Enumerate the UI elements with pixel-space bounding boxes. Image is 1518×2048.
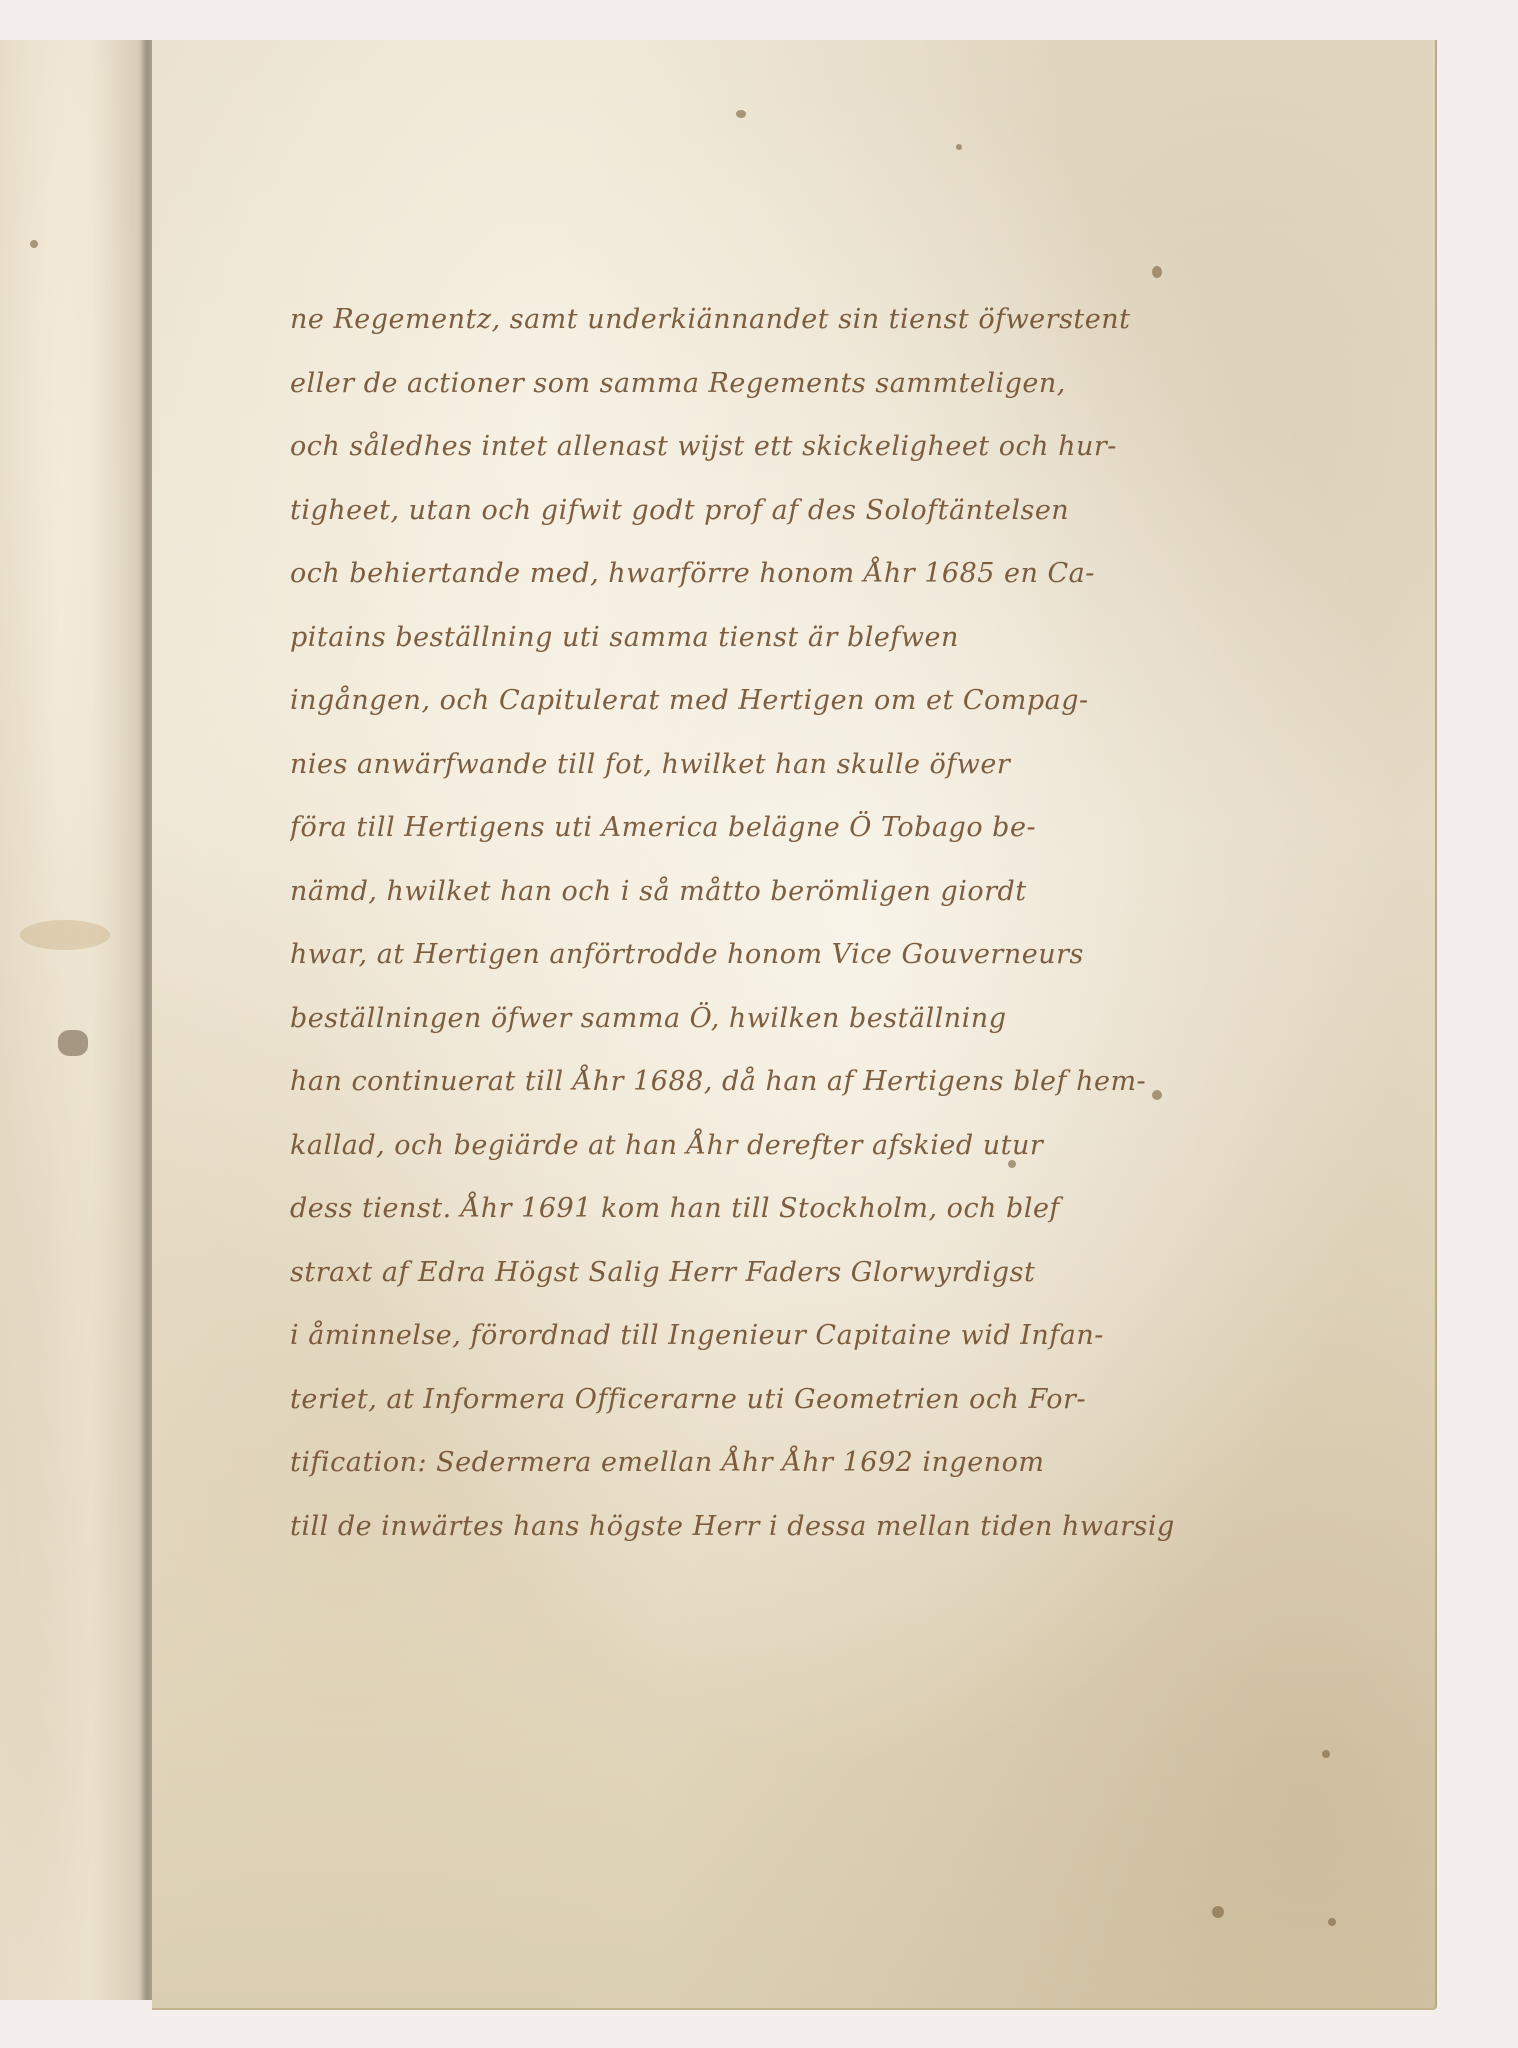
ink-spot — [30, 240, 38, 248]
manuscript-line: dess tienst. Åhr 1691 kom han till Stock… — [290, 1189, 1230, 1253]
manuscript-line: han continuerat till Åhr 1688, då han af… — [290, 1062, 1230, 1126]
water-stain — [20, 920, 110, 950]
manuscript-line: nies anwärfwande till fot, hwilket han s… — [290, 745, 1230, 809]
manuscript-line: teriet, at Informera Officerarne uti Geo… — [290, 1380, 1230, 1444]
left-facing-page-edge — [0, 40, 152, 2000]
ink-spot — [736, 110, 746, 118]
manuscript-line: tification: Sedermera emellan Åhr Åhr 16… — [290, 1443, 1230, 1507]
ink-spot — [956, 144, 962, 150]
manuscript-line: föra till Hertigens uti America belägne … — [290, 808, 1230, 872]
manuscript-line: nämd, hwilket han och i så måtto berömli… — [290, 872, 1230, 936]
manuscript-line: och såledhes intet allenast wijst ett sk… — [290, 427, 1230, 491]
manuscript-line: ne Regementz, samt underkiännandet sin t… — [290, 300, 1230, 364]
manuscript-line: i åminnelse, förordnad till Ingenieur Ca… — [290, 1316, 1230, 1380]
manuscript-line: till de inwärtes hans högste Herr i dess… — [290, 1507, 1230, 1571]
manuscript-line: och behiertande med, hwarförre honom Åhr… — [290, 554, 1230, 618]
manuscript-line: straxt af Edra Högst Salig Herr Faders G… — [290, 1253, 1230, 1317]
manuscript-line: tigheet, utan och gifwit godt prof af de… — [290, 491, 1230, 555]
manuscript-line: pitains beställning uti samma tienst är … — [290, 618, 1230, 682]
manuscript-scan: ne Regementz, samt underkiännandet sin t… — [0, 0, 1518, 2048]
ink-spot — [58, 1030, 88, 1056]
manuscript-line: ingången, och Capitulerat med Hertigen o… — [290, 681, 1230, 745]
manuscript-text: ne Regementz, samt underkiännandet sin t… — [290, 300, 1230, 1570]
manuscript-line: hwar, at Hertigen anförtrodde honom Vice… — [290, 935, 1230, 999]
manuscript-line: beställningen öfwer samma Ö, hwilken bes… — [290, 999, 1230, 1063]
manuscript-line: kallad, och begiärde at han Åhr derefter… — [290, 1126, 1230, 1190]
ink-spot — [1322, 1750, 1330, 1758]
ink-spot — [1152, 266, 1162, 278]
ink-spot — [1328, 1918, 1336, 1926]
ink-spot — [1212, 1906, 1224, 1918]
manuscript-line: eller de actioner som samma Regements sa… — [290, 364, 1230, 428]
